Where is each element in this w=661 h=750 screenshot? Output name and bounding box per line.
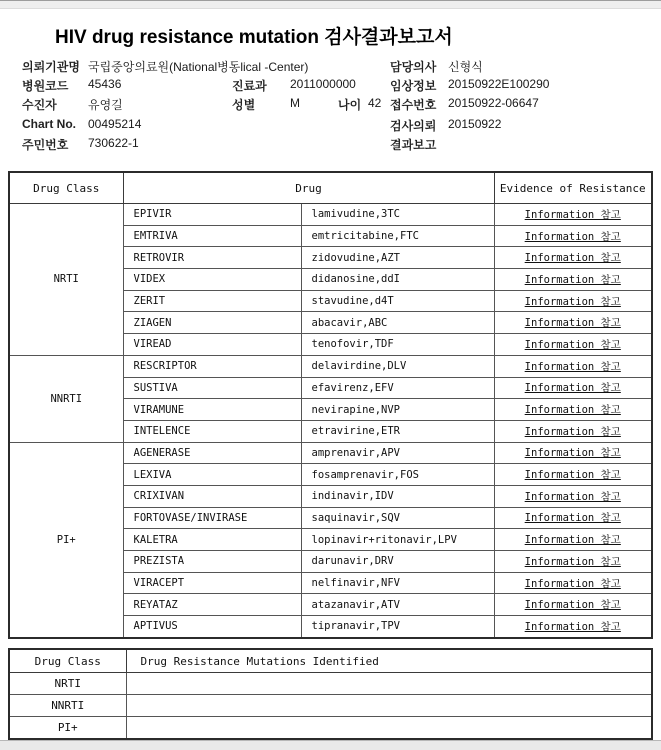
drug-generic-cell: efavirenz,EFV xyxy=(301,377,494,399)
drug-brand-cell: SUSTIVA xyxy=(123,377,301,399)
drug-brand-cell: INTELENCE xyxy=(123,420,301,442)
evidence-link[interactable]: Information 참고 xyxy=(494,507,652,529)
drug-generic-cell: tipranavir,TPV xyxy=(301,616,494,638)
evidence-link[interactable]: Information 참고 xyxy=(494,485,652,507)
page-title: HIV drug resistance mutation 검사결과보고서 xyxy=(55,22,453,49)
drug-brand-cell: EPIVIR xyxy=(123,204,301,226)
table-row: PI+ AGENERASE amprenavir,APV Information… xyxy=(9,442,652,464)
table-row: NNRTI xyxy=(9,695,652,717)
field-label-sex: 성별 xyxy=(232,96,255,113)
drug-generic-cell: tenofovir,TDF xyxy=(301,334,494,356)
drug-brand-cell: ZIAGEN xyxy=(123,312,301,334)
field-value-chart-no: 00495214 xyxy=(88,117,141,131)
evidence-link[interactable]: Information 참고 xyxy=(494,269,652,291)
col-header-drug-class: Drug Class xyxy=(9,172,123,204)
drug-generic-cell: saquinavir,SQV xyxy=(301,507,494,529)
field-value-patient-name: 유영길 xyxy=(88,96,123,113)
evidence-link[interactable]: Information 참고 xyxy=(494,334,652,356)
field-label-department: 진료과 xyxy=(232,77,267,94)
drug-brand-cell: RESCRIPTOR xyxy=(123,355,301,377)
mutations-identified-table: Drug Class Drug Resistance Mutations Ide… xyxy=(8,648,653,740)
evidence-link[interactable]: Information 참고 xyxy=(494,464,652,486)
drug-generic-cell: stavudine,d4T xyxy=(301,290,494,312)
drug-generic-cell: lamivudine,3TC xyxy=(301,204,494,226)
table-header-row: Drug Class Drug Resistance Mutations Ide… xyxy=(9,649,652,673)
evidence-link[interactable]: Information 참고 xyxy=(494,247,652,269)
field-label-resident-id: 주민번호 xyxy=(22,136,68,153)
bottom-gray-bar xyxy=(0,740,661,750)
evidence-link[interactable]: Information 참고 xyxy=(494,616,652,638)
field-label-accession-no: 접수번호 xyxy=(390,96,436,113)
report-page: HIV drug resistance mutation 검사결과보고서 의뢰기… xyxy=(0,0,661,750)
field-label-request-date: 검사의뢰 xyxy=(390,117,436,134)
field-label-report-date: 결과보고 xyxy=(390,136,436,153)
drug-generic-cell: delavirdine,DLV xyxy=(301,355,494,377)
evidence-link[interactable]: Information 참고 xyxy=(494,551,652,573)
drug-generic-cell: nelfinavir,NFV xyxy=(301,572,494,594)
mutations-cell xyxy=(126,673,652,695)
col-header-mutations: Drug Resistance Mutations Identified xyxy=(126,649,652,673)
drug-resistance-table: Drug Class Drug Evidence of Resistance N… xyxy=(8,171,653,639)
evidence-link[interactable]: Information 참고 xyxy=(494,529,652,551)
drug-brand-cell: REYATAZ xyxy=(123,594,301,616)
drug-generic-cell: amprenavir,APV xyxy=(301,442,494,464)
drug-brand-cell: VIRAMUNE xyxy=(123,399,301,421)
drug-brand-cell: VIRACEPT xyxy=(123,572,301,594)
evidence-link[interactable]: Information 참고 xyxy=(494,442,652,464)
drug-generic-cell: didanosine,ddI xyxy=(301,269,494,291)
field-value-request-date: 20150922 xyxy=(448,117,501,131)
mutations-cell xyxy=(126,695,652,717)
table-row: PI+ xyxy=(9,717,652,740)
evidence-link[interactable]: Information 참고 xyxy=(494,420,652,442)
drug-brand-cell: VIDEX xyxy=(123,269,301,291)
drug-brand-cell: RETROVIR xyxy=(123,247,301,269)
col-header-drug-class: Drug Class xyxy=(9,649,126,673)
drug-brand-cell: AGENERASE xyxy=(123,442,301,464)
evidence-link[interactable]: Information 참고 xyxy=(494,377,652,399)
field-label-patient-name: 수진자 xyxy=(22,96,57,113)
table-header-row: Drug Class Drug Evidence of Resistance xyxy=(9,172,652,204)
drug-generic-cell: fosamprenavir,FOS xyxy=(301,464,494,486)
drug-brand-cell: ZERIT xyxy=(123,290,301,312)
drug-brand-cell: APTIVUS xyxy=(123,616,301,638)
drug-generic-cell: zidovudine,AZT xyxy=(301,247,494,269)
field-value-org: 국립중앙의료원(National병동lical -Center) xyxy=(88,58,308,75)
drug-generic-cell: lopinavir+ritonavir,LPV xyxy=(301,529,494,551)
drug-brand-cell: VIREAD xyxy=(123,334,301,356)
drug-generic-cell: abacavir,ABC xyxy=(301,312,494,334)
mutations-cell xyxy=(126,717,652,740)
table-row: NRTI xyxy=(9,673,652,695)
field-value-hospital-code: 45436 xyxy=(88,77,121,91)
drug-generic-cell: etravirine,ETR xyxy=(301,420,494,442)
field-value-department: 2011000000 xyxy=(290,77,356,91)
drug-class-cell: NNRTI xyxy=(9,695,126,717)
evidence-link[interactable]: Information 참고 xyxy=(494,290,652,312)
drug-class-cell: PI+ xyxy=(9,717,126,740)
drug-class-cell: PI+ xyxy=(9,442,123,638)
field-value-clinical-info: 20150922E100290 xyxy=(448,77,549,91)
field-value-doctor: 신형식 xyxy=(448,58,483,75)
evidence-link[interactable]: Information 참고 xyxy=(494,355,652,377)
field-value-accession-no: 20150922-06647 xyxy=(448,96,539,110)
drug-class-cell: NNRTI xyxy=(9,355,123,442)
field-value-resident-id: 730622-1 xyxy=(88,136,139,150)
drug-generic-cell: atazanavir,ATV xyxy=(301,594,494,616)
drug-brand-cell: FORTOVASE/INVIRASE xyxy=(123,507,301,529)
drug-generic-cell: emtricitabine,FTC xyxy=(301,225,494,247)
drug-brand-cell: PREZISTA xyxy=(123,551,301,573)
evidence-link[interactable]: Information 참고 xyxy=(494,594,652,616)
drug-brand-cell: KALETRA xyxy=(123,529,301,551)
col-header-drug: Drug xyxy=(123,172,494,204)
drug-class-cell: NRTI xyxy=(9,204,123,356)
drug-generic-cell: indinavir,IDV xyxy=(301,485,494,507)
field-value-sex: M xyxy=(290,96,300,110)
drug-brand-cell: CRIXIVAN xyxy=(123,485,301,507)
field-label-org: 의뢰기관명 xyxy=(22,58,80,75)
drug-class-cell: NRTI xyxy=(9,673,126,695)
table-row: NRTI EPIVIR lamivudine,3TC Information 참… xyxy=(9,204,652,226)
evidence-link[interactable]: Information 참고 xyxy=(494,572,652,594)
drug-generic-cell: darunavir,DRV xyxy=(301,551,494,573)
drug-generic-cell: nevirapine,NVP xyxy=(301,399,494,421)
field-label-age: 나이 xyxy=(338,96,361,113)
drug-brand-cell: EMTRIVA xyxy=(123,225,301,247)
evidence-link[interactable]: Information 참고 xyxy=(494,312,652,334)
section-divider xyxy=(0,0,661,9)
field-label-clinical-info: 임상정보 xyxy=(390,77,436,94)
field-value-age: 42 xyxy=(368,96,381,110)
col-header-evidence: Evidence of Resistance xyxy=(494,172,652,204)
field-label-chart-no: Chart No. xyxy=(22,117,76,131)
evidence-link[interactable]: Information 참고 xyxy=(494,225,652,247)
field-label-doctor: 담당의사 xyxy=(390,58,436,75)
field-label-hospital-code: 병원코드 xyxy=(22,77,68,94)
drug-brand-cell: LEXIVA xyxy=(123,464,301,486)
table-row: NNRTI RESCRIPTOR delavirdine,DLV Informa… xyxy=(9,355,652,377)
evidence-link[interactable]: Information 참고 xyxy=(494,204,652,226)
evidence-link[interactable]: Information 참고 xyxy=(494,399,652,421)
